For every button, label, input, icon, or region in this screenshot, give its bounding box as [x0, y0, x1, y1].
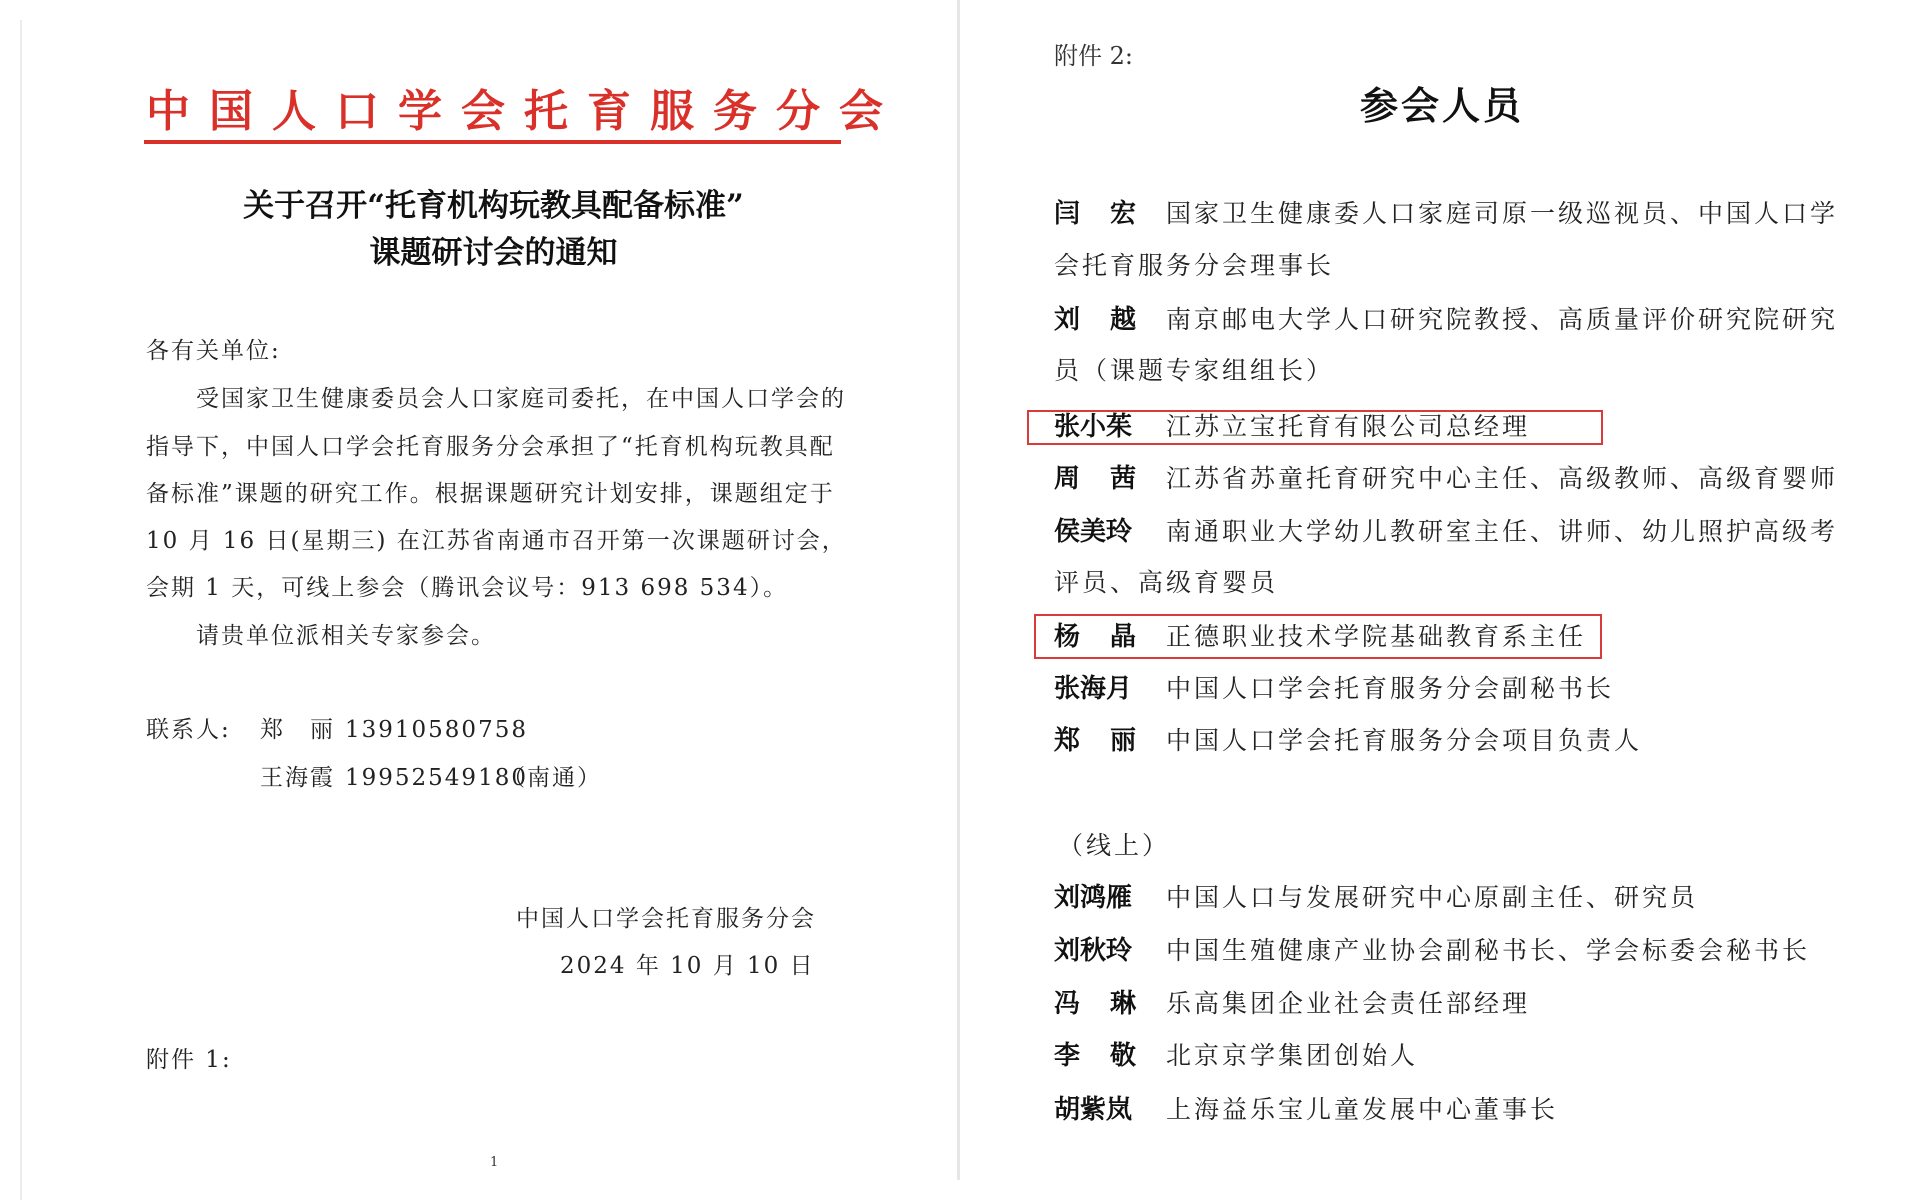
body-line: 指导下，中国人口学会托育服务分会承担了“托育机构玩教具配	[146, 436, 835, 459]
attendee-desc: 中国人口学会托育服务分会副秘书长	[1166, 676, 1614, 701]
contact-phone: 19952549180	[345, 767, 528, 790]
attendee-name: 周茜	[1054, 466, 1166, 492]
attendee-desc: 南通职业大学幼儿教研室主任、讲师、幼儿照护高级考	[1166, 519, 1838, 544]
contact-name: 郑 丽	[260, 719, 335, 742]
body-line: 受国家卫生健康委员会人口家庭司委托，在中国人口学会的	[196, 388, 846, 411]
attendee-desc: 上海益乐宝儿童发展中心董事长	[1166, 1097, 1558, 1122]
attendee-desc: 中国生殖健康产业协会副秘书长、学会标委会秘书长	[1166, 938, 1810, 963]
left-page-edge	[20, 20, 22, 1200]
page-number: 1	[490, 1156, 498, 1169]
attendee-desc: 南京邮电大学人口研究院教授、高质量评价研究院研究	[1166, 307, 1838, 332]
contact-name: 王海霞	[260, 767, 335, 790]
contacts-label: 联系人:	[146, 719, 231, 742]
attendee-desc-cont: 会托育服务分会理事长	[1054, 253, 1334, 278]
attendee-name: 胡紫岚	[1054, 1097, 1132, 1123]
attendee-name: 刘越	[1054, 307, 1166, 333]
contact-note: （南通）	[502, 767, 602, 790]
attendee-desc: 中国人口与发展研究中心原副主任、研究员	[1166, 885, 1698, 910]
attendee-desc: 江苏立宝托育有限公司总经理	[1166, 414, 1530, 439]
contact-phone: 13910580758	[345, 719, 528, 742]
annex1-label: 附件 1:	[146, 1049, 232, 1072]
body-line: 10 月 16 日(星期三) 在江苏省南通市召开第一次课题研讨会，	[146, 530, 847, 553]
org-header: 中国人口学会托育服务分会	[146, 90, 841, 134]
attendee-name: 刘秋玲	[1054, 938, 1132, 964]
red-header-rule	[144, 140, 841, 144]
attendee-name: 张小茱	[1054, 414, 1132, 440]
attendee-desc: 北京京学集团创始人	[1166, 1043, 1418, 1068]
body-line: 会期 1 天，可线上参会（腾讯会议号：913 698 534）。	[146, 577, 788, 600]
attendee-desc-cont: 评员、高级育婴员	[1054, 570, 1278, 595]
notice-title-line2: 课题研讨会的通知	[146, 238, 841, 269]
attendees-title: 参会人员	[1360, 87, 1524, 125]
page-divider	[957, 0, 960, 1180]
body-line: 备标准”课题的研究工作。根据课题研究计划安排，课题组定于	[146, 483, 835, 506]
attendee-name: 闫宏	[1054, 201, 1166, 227]
attendee-name: 刘鸿雁	[1054, 885, 1132, 911]
attendee-desc: 乐高集团企业社会责任部经理	[1166, 991, 1530, 1016]
attendee-name: 郑丽	[1054, 728, 1166, 754]
notice-title-line1: 关于召开“托育机构玩教具配备标准”	[146, 191, 841, 222]
attendee-name: 李敬	[1054, 1043, 1166, 1069]
attendee-name: 冯琳	[1054, 991, 1166, 1017]
signature-org: 中国人口学会托育服务分会	[516, 908, 816, 931]
attendee-desc: 正德职业技术学院基础教育系主任	[1166, 624, 1586, 649]
attendee-desc-cont: 员（课题专家组组长）	[1054, 358, 1334, 383]
signature-date: 2024 年 10 月 10 日	[560, 955, 815, 978]
attendee-name: 杨晶	[1054, 624, 1166, 650]
attendee-name: 侯美玲	[1054, 519, 1132, 545]
body-line: 请贵单位派相关专家参会。	[196, 625, 496, 648]
attendee-desc: 中国人口学会托育服务分会项目负责人	[1166, 728, 1642, 753]
attendee-desc: 江苏省苏童托育研究中心主任、高级教师、高级育婴师	[1166, 466, 1838, 491]
annex2-label: 附件 2:	[1054, 44, 1133, 68]
salutation: 各有关单位:	[146, 340, 281, 363]
attendee-desc: 国家卫生健康委人口家庭司原一级巡视员、中国人口学	[1166, 201, 1838, 226]
attendee-name: 张海月	[1054, 676, 1132, 702]
online-section-label: （线上）	[1058, 833, 1170, 858]
